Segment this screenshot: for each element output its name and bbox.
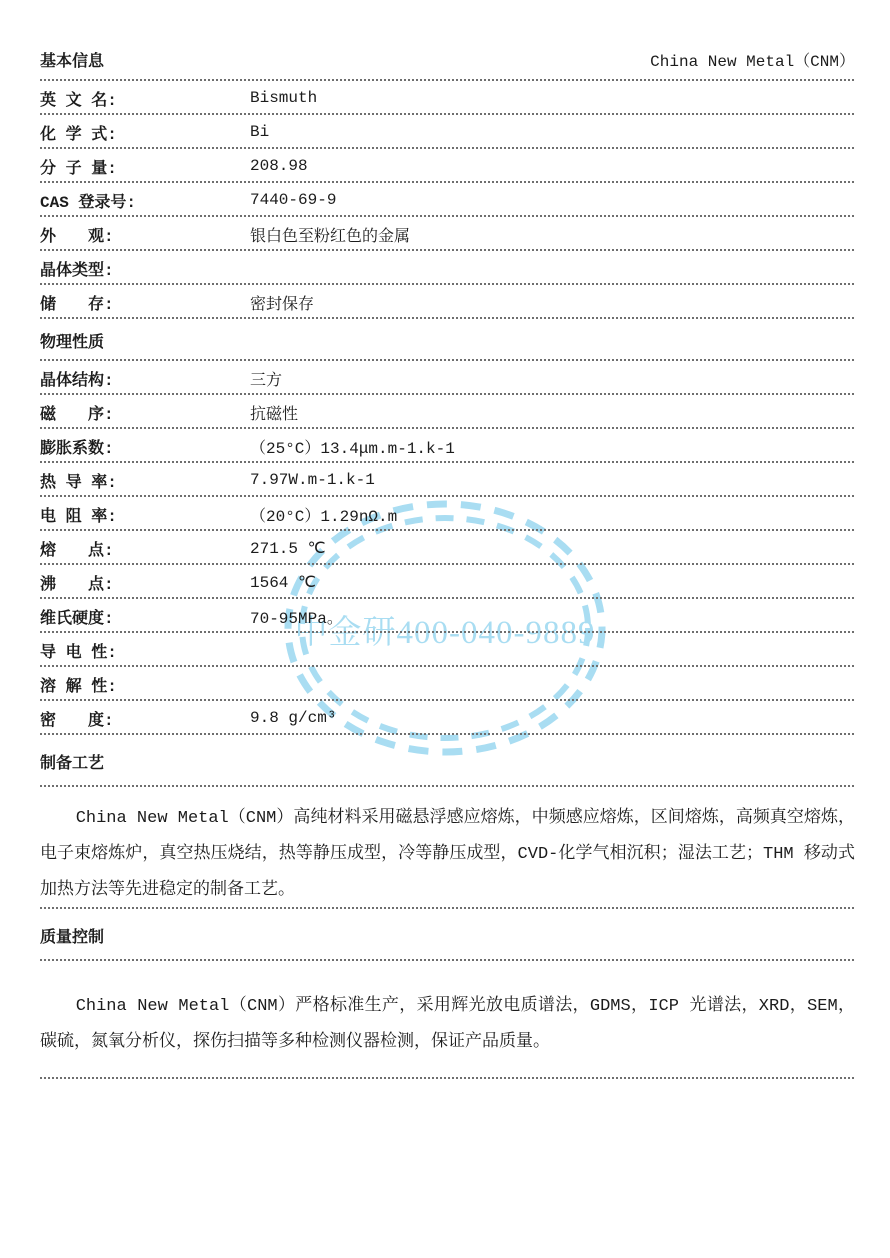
- row-label: 溶 解 性:: [40, 673, 250, 696]
- row-value: 密封保存: [250, 291, 314, 314]
- preparation-paragraph-block: China New Metal（CNM）高纯材料采用磁悬浮感应熔炼，中频感应熔炼…: [40, 787, 855, 909]
- quality-paragraph-block: China New Metal（CNM）严格标准生产，采用辉光放电质谱法，GDM…: [40, 961, 855, 1079]
- row-value: 三方: [250, 367, 282, 390]
- table-row: 膨胀系数: （25°C）13.4μm.m-1.k-1: [40, 429, 855, 463]
- table-row: 维氏硬度: 70-95MPa。: [40, 599, 855, 633]
- row-label: 晶体结构:: [40, 367, 250, 390]
- row-value: 7440-69-9: [250, 191, 336, 209]
- table-row: 磁 序: 抗磁性: [40, 395, 855, 429]
- row-label: 热 导 率:: [40, 469, 250, 492]
- row-value: 208.98: [250, 157, 308, 175]
- table-row: 晶体结构: 三方: [40, 361, 855, 395]
- company-name: China New Metal（CNM）: [650, 48, 855, 71]
- row-value: （25°C）13.4μm.m-1.k-1: [250, 435, 455, 458]
- table-row: 密 度: 9.8 g/cm³: [40, 701, 855, 735]
- row-label: 化 学 式:: [40, 121, 250, 144]
- section-header-quality: 质量控制: [40, 909, 855, 961]
- table-row: CAS 登录号: 7440-69-9: [40, 183, 855, 217]
- row-label: 密 度:: [40, 707, 250, 730]
- document-header: 基本信息 China New Metal（CNM）: [40, 48, 855, 81]
- table-row: 溶 解 性:: [40, 667, 855, 701]
- row-label: 外 观:: [40, 223, 250, 246]
- row-label: 磁 序:: [40, 401, 250, 424]
- table-row: 外 观: 银白色至粉红色的金属: [40, 217, 855, 251]
- row-value: 抗磁性: [250, 401, 298, 424]
- row-value: （20°C）1.29nΩ.m: [250, 503, 397, 526]
- table-row: 英 文 名: Bismuth: [40, 81, 855, 115]
- row-value: Bi: [250, 123, 269, 141]
- row-label: CAS 登录号:: [40, 189, 250, 212]
- section-header-physical: 物理性质: [40, 319, 855, 361]
- table-row: 沸 点: 1564 ℃: [40, 565, 855, 599]
- row-value: 70-95MPa。: [250, 605, 343, 628]
- section-title-quality: 质量控制: [40, 924, 104, 947]
- row-label: 分 子 量:: [40, 155, 250, 178]
- row-label: 导 电 性:: [40, 639, 250, 662]
- row-label: 电 阻 率:: [40, 503, 250, 526]
- table-row: 热 导 率: 7.97W.m-1.k-1: [40, 463, 855, 497]
- datasheet-page: 中金研400-040-9889 基本信息 China New Metal（CNM…: [0, 0, 890, 1258]
- document-content: 基本信息 China New Metal（CNM） 英 文 名: Bismuth…: [40, 48, 855, 1079]
- table-row: 化 学 式: Bi: [40, 115, 855, 149]
- row-label: 沸 点:: [40, 571, 250, 594]
- preparation-paragraph: China New Metal（CNM）高纯材料采用磁悬浮感应熔炼，中频感应熔炼…: [40, 801, 855, 909]
- table-row: 分 子 量: 208.98: [40, 149, 855, 183]
- row-label: 储 存:: [40, 291, 250, 314]
- row-label: 维氏硬度:: [40, 605, 250, 628]
- section-title-physical: 物理性质: [40, 329, 104, 352]
- table-row: 导 电 性:: [40, 633, 855, 667]
- section-title-preparation: 制备工艺: [40, 750, 104, 773]
- row-value: 7.97W.m-1.k-1: [250, 471, 375, 489]
- row-label: 英 文 名:: [40, 87, 250, 110]
- section-header-preparation: 制备工艺: [40, 735, 855, 787]
- row-value: 1564 ℃: [250, 572, 316, 592]
- row-value: 9.8 g/cm³: [250, 709, 336, 727]
- quality-paragraph: China New Metal（CNM）严格标准生产，采用辉光放电质谱法，GDM…: [40, 989, 855, 1061]
- table-row: 晶体类型:: [40, 251, 855, 285]
- table-row: 电 阻 率: （20°C）1.29nΩ.m: [40, 497, 855, 531]
- row-label: 熔 点:: [40, 537, 250, 560]
- section-title-basic-info: 基本信息: [40, 48, 104, 71]
- row-label: 晶体类型:: [40, 257, 250, 280]
- table-row: 储 存: 密封保存: [40, 285, 855, 319]
- row-label: 膨胀系数:: [40, 435, 250, 458]
- row-value: 银白色至粉红色的金属: [250, 223, 410, 246]
- row-value: Bismuth: [250, 89, 317, 107]
- table-row: 熔 点: 271.5 ℃: [40, 531, 855, 565]
- row-value: 271.5 ℃: [250, 538, 326, 558]
